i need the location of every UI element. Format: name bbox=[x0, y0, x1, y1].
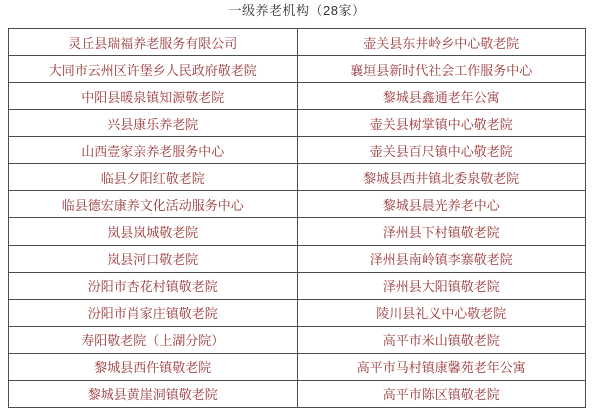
institution-cell: 岚县岚城敬老院 bbox=[9, 218, 298, 245]
page-title: 一级养老机构（28家） bbox=[0, 2, 594, 20]
institution-cell: 泽州县南岭镇李寨敬老院 bbox=[297, 245, 586, 272]
institutions-table: 灵丘县瑞福养老服务有限公司壶关县东井岭乡中心敬老院大同市云州区许堡乡人民政府敬老… bbox=[8, 28, 586, 408]
institution-cell: 黎城县西井镇北委泉敬老院 bbox=[297, 164, 586, 191]
institution-cell: 汾阳市杏花村镇敬老院 bbox=[9, 272, 298, 299]
institution-cell: 中阳县暖泉镇知源敬老院 bbox=[9, 83, 298, 110]
institution-cell: 陵川县礼义中心敬老院 bbox=[297, 299, 586, 326]
institution-cell: 兴县康乐养老院 bbox=[9, 110, 298, 137]
table-row: 兴县康乐养老院壶关县树掌镇中心敬老院 bbox=[9, 110, 586, 137]
page: 一级养老机构（28家） 灵丘县瑞福养老服务有限公司壶关县东井岭乡中心敬老院大同市… bbox=[0, 0, 594, 414]
table-row: 临县德宏康养文化活动服务中心黎城县晨光养老中心 bbox=[9, 191, 586, 218]
table-row: 岚县岚城敬老院泽州县下村镇敬老院 bbox=[9, 218, 586, 245]
institution-cell: 壶关县树掌镇中心敬老院 bbox=[297, 110, 586, 137]
table-row: 岚县河口敬老院泽州县南岭镇李寨敬老院 bbox=[9, 245, 586, 272]
table-row: 山西壹家亲养老服务中心壶关县百尺镇中心敬老院 bbox=[9, 137, 586, 164]
institution-cell: 灵丘县瑞福养老服务有限公司 bbox=[9, 29, 298, 56]
institution-cell: 高平市陈区镇敬老院 bbox=[297, 380, 586, 407]
institution-cell: 高平市米山镇敬老院 bbox=[297, 326, 586, 353]
institution-cell: 临县夕阳红敬老院 bbox=[9, 164, 298, 191]
table-row: 灵丘县瑞福养老服务有限公司壶关县东井岭乡中心敬老院 bbox=[9, 29, 586, 56]
institution-cell: 寿阳敬老院（上湖分院） bbox=[9, 326, 298, 353]
institution-cell: 黎城县晨光养老中心 bbox=[297, 191, 586, 218]
table-row: 中阳县暖泉镇知源敬老院黎城县鑫通老年公寓 bbox=[9, 83, 586, 110]
table-row: 汾阳市肖家庄镇敬老院陵川县礼义中心敬老院 bbox=[9, 299, 586, 326]
institution-cell: 山西壹家亲养老服务中心 bbox=[9, 137, 298, 164]
institutions-table-body: 灵丘县瑞福养老服务有限公司壶关县东井岭乡中心敬老院大同市云州区许堡乡人民政府敬老… bbox=[9, 29, 586, 408]
table-row: 黎城县黄崖洞镇敬老院高平市陈区镇敬老院 bbox=[9, 380, 586, 407]
institution-cell: 岚县河口敬老院 bbox=[9, 245, 298, 272]
table-row: 黎城县西仵镇敬老院高平市马村镇康馨苑老年公寓 bbox=[9, 353, 586, 380]
institution-cell: 汾阳市肖家庄镇敬老院 bbox=[9, 299, 298, 326]
institution-cell: 大同市云州区许堡乡人民政府敬老院 bbox=[9, 56, 298, 83]
institution-cell: 临县德宏康养文化活动服务中心 bbox=[9, 191, 298, 218]
institution-cell: 高平市马村镇康馨苑老年公寓 bbox=[297, 353, 586, 380]
table-row: 寿阳敬老院（上湖分院）高平市米山镇敬老院 bbox=[9, 326, 586, 353]
institution-cell: 黎城县黄崖洞镇敬老院 bbox=[9, 380, 298, 407]
institution-cell: 壶关县东井岭乡中心敬老院 bbox=[297, 29, 586, 56]
table-row: 大同市云州区许堡乡人民政府敬老院襄垣县新时代社会工作服务中心 bbox=[9, 56, 586, 83]
institution-cell: 襄垣县新时代社会工作服务中心 bbox=[297, 56, 586, 83]
institution-cell: 壶关县百尺镇中心敬老院 bbox=[297, 137, 586, 164]
institution-cell: 黎城县西仵镇敬老院 bbox=[9, 353, 298, 380]
table-row: 汾阳市杏花村镇敬老院泽州县大阳镇敬老院 bbox=[9, 272, 586, 299]
institution-cell: 黎城县鑫通老年公寓 bbox=[297, 83, 586, 110]
institution-cell: 泽州县大阳镇敬老院 bbox=[297, 272, 586, 299]
table-row: 临县夕阳红敬老院黎城县西井镇北委泉敬老院 bbox=[9, 164, 586, 191]
institution-cell: 泽州县下村镇敬老院 bbox=[297, 218, 586, 245]
